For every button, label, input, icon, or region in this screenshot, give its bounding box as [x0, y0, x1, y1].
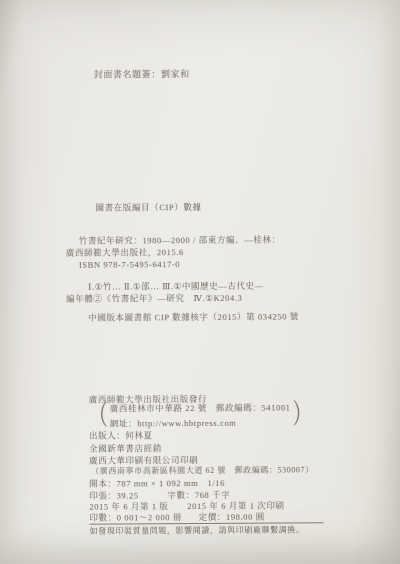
scanned-copyright-page: 封面書名題簽：劉家和 圖書在版編目（CIP）數據 竹書紀年研究：1980—200… [0, 0, 400, 564]
copies-price-line: 印數：0 001～2 000 冊 定價：198.00 圓 [89, 513, 264, 523]
cip-heading: 圖書在版編目（CIP）數據 [96, 203, 202, 212]
footer-divider-rule [89, 522, 323, 524]
cip-entry-line-1: 竹書紀年研究：1980—2000 / 邵東方編．—桂林： [79, 236, 281, 246]
cip-entry-line-2: 廣西師範大學出版社，2015.6 [66, 248, 184, 257]
quality-note-line: 如發現印裝質量問題，影響閱讀，請與印刷廠聯繫調換。 [89, 526, 304, 535]
publisher-address-lines: 廣西桂林市中華路 22 號 郵政編碼：541001 網址：http://www.… [110, 401, 291, 429]
cover-inscription-line: 封面書名題簽：劉家和 [94, 70, 190, 80]
publisher-address-line: 廣西桂林市中華路 22 號 郵政編碼：541001 [110, 401, 291, 414]
sheets-words-line: 印張：39.25 字數：768 千字 [89, 491, 230, 500]
sheets-value: 印張：39.25 [89, 490, 138, 500]
print-run-value: 印數：0 001～2 000 冊 [89, 512, 182, 523]
cip-classification-line-1: Ⅰ.①竹… Ⅱ.①邵… Ⅲ.①中國歷史—古代史— [88, 282, 264, 292]
distribution-line: 全國新華書店經銷 [89, 444, 162, 453]
printer-address-line: （廣西南寧市高新區科園大道 62 號 郵政編碼：530007） [91, 466, 314, 475]
format-line: 開本：787 mm × 1 092 mm 1/16 [89, 479, 225, 488]
edition-impression-line: 2015 年 6 月第 1 版 2015 年 6 月第 1 次印刷 [89, 501, 284, 511]
publisher-person-line: 出版人：何林夏 [89, 431, 153, 440]
cip-record-number-line: 中國版本圖書館 CIP 數據核字（2015）第 034250 號 [88, 312, 299, 322]
edition-value: 2015 年 6 月第 1 版 [89, 501, 168, 511]
cip-isbn-line: ISBN 978-7-5495-6417-0 [79, 260, 180, 269]
cip-classification-line-2: 編年體②《竹書紀年》—研究 Ⅳ.①K204.3 [66, 294, 242, 304]
impression-value: 2015 年 6 月第 1 次印刷 [187, 501, 284, 510]
printer-line: 廣西大華印刷有限公司印刷 [89, 456, 198, 465]
publisher-website-line: 網址：http://www.bbtpress.com [110, 416, 291, 429]
price-value: 定價：198.00 圓 [199, 513, 265, 522]
word-count-value: 字數：768 千字 [167, 491, 230, 500]
open-paren-glyph: （ [87, 402, 110, 430]
page-content: 封面書名題簽：劉家和 圖書在版編目（CIP）數據 竹書紀年研究：1980—200… [0, 0, 400, 564]
close-paren-glyph: ） [291, 401, 314, 429]
publisher-address-group: （ 廣西桂林市中華路 22 號 郵政編碼：541001 網址：http://ww… [87, 401, 314, 429]
